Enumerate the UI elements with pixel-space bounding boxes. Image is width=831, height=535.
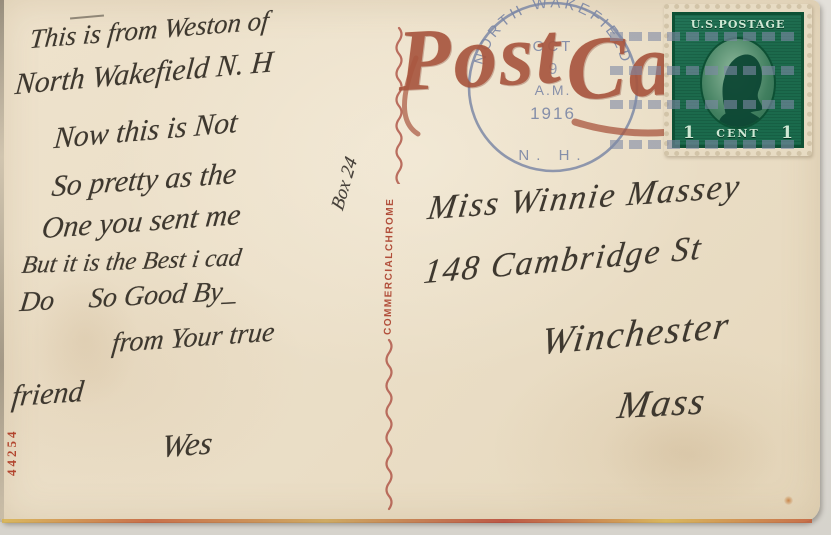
cancellation-bar <box>610 140 800 149</box>
postcard-back: This is from Weston of North Wakefield N… <box>0 0 820 522</box>
message-line: Do So Good By_ <box>18 276 239 320</box>
message-line: friend <box>10 375 85 414</box>
title-word-post: Post <box>395 3 565 112</box>
message-line: Now this is Not <box>52 106 239 156</box>
divider-wavy-line-bottom <box>382 338 396 518</box>
postage-stamp: U.S.POSTAGE 1 CENT 1 <box>664 4 812 156</box>
message-line: This is from Weston of <box>28 5 270 55</box>
cancellation-bar <box>610 66 800 75</box>
address-line: 148 Cambridge St <box>422 229 705 292</box>
message-line: One you sent me <box>40 198 242 246</box>
publisher-mark: COMMERCIALCHROME <box>383 183 397 335</box>
washington-profile-icon <box>702 39 774 127</box>
stamp-country-label: U.S.POSTAGE <box>675 18 801 31</box>
signature: Wes <box>159 424 215 465</box>
stamp-portrait-oval <box>700 37 776 129</box>
message-line: from Your true <box>110 316 276 360</box>
address-line: Winchester <box>539 303 733 364</box>
cancellation-bar <box>610 32 800 41</box>
plate-number: 44254 <box>4 412 20 476</box>
box-number-note: Box 24 <box>328 154 363 214</box>
postmark-state: N. H. <box>518 147 587 164</box>
message-line: North Wakefield N. H <box>13 45 274 102</box>
card-front-edge-stripe <box>2 519 812 523</box>
denomination-word: CENT <box>716 127 759 140</box>
address-line: Mass <box>614 379 709 428</box>
message-line: But it is the Best i cad <box>20 244 243 280</box>
message-line: So pretty as the <box>50 157 238 204</box>
foxing-spot <box>784 496 793 505</box>
cancellation-bar <box>610 100 800 109</box>
